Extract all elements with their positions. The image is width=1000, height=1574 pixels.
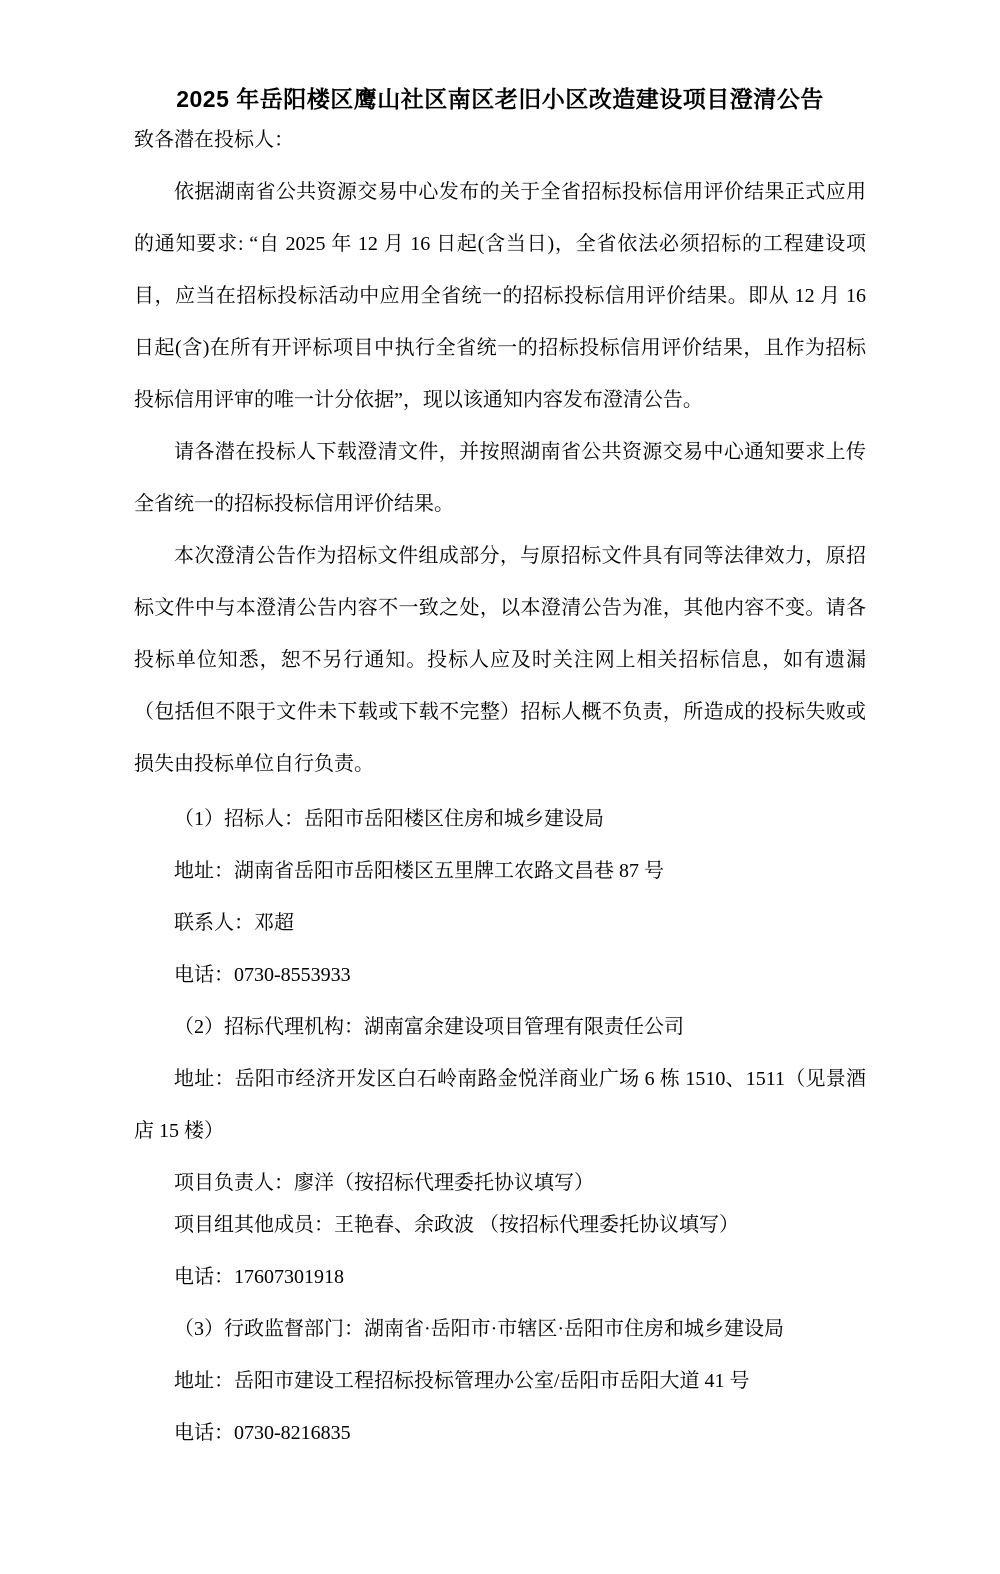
line-tenderer-phone: 电话：0730-8553933 (134, 949, 866, 1001)
paragraph-legal-effect: 本次澄清公告作为招标文件组成部分，与原招标文件具有同等法律效力，原招标文件中与本… (134, 530, 866, 790)
document-title: 2025 年岳阳楼区鹰山社区南区老旧小区改造建设项目澄清公告 (134, 84, 866, 114)
document-body: 致各潜在投标人： 依据湖南省公共资源交易中心发布的关于全省招标投标信用评价结果正… (134, 114, 866, 1459)
line-supervision-address: 地址：岳阳市建设工程招标投标管理办公室/岳阳市岳阳大道 41 号 (134, 1355, 866, 1407)
salutation: 致各潜在投标人： (134, 114, 866, 166)
line-project-members: 项目组其他成员：王艳春、余政波 （按招标代理委托协议填写） (134, 1199, 866, 1251)
line-agency: （2）招标代理机构：湖南富余建设项目管理有限责任公司 (134, 1001, 866, 1053)
line-supervision-phone: 电话：0730-8216835 (134, 1407, 866, 1459)
line-tenderer: （1）招标人：岳阳市岳阳楼区住房和城乡建设局 (134, 793, 866, 845)
paragraph-notice-basis: 依据湖南省公共资源交易中心发布的关于全省招标投标信用评价结果正式应用的通知要求:… (134, 166, 866, 426)
line-agency-address: 地址：岳阳市经济开发区白石岭南路金悦洋商业广场 6 栋 1510、1511（见景… (134, 1053, 866, 1157)
line-tenderer-address: 地址：湖南省岳阳市岳阳楼区五里牌工农路文昌巷 87 号 (134, 845, 866, 897)
paragraph-download-instruction: 请各潜在投标人下载澄清文件，并按照湖南省公共资源交易中心通知要求上传全省统一的招… (134, 426, 866, 530)
line-contact-person: 联系人：邓超 (134, 897, 866, 949)
line-supervision-dept: （3）行政监督部门：湖南省·岳阳市·市辖区·岳阳市住房和城乡建设局 (134, 1303, 866, 1355)
line-agency-phone: 电话：17607301918 (134, 1251, 866, 1303)
document-page: 2025 年岳阳楼区鹰山社区南区老旧小区改造建设项目澄清公告 致各潜在投标人： … (0, 0, 1000, 1574)
